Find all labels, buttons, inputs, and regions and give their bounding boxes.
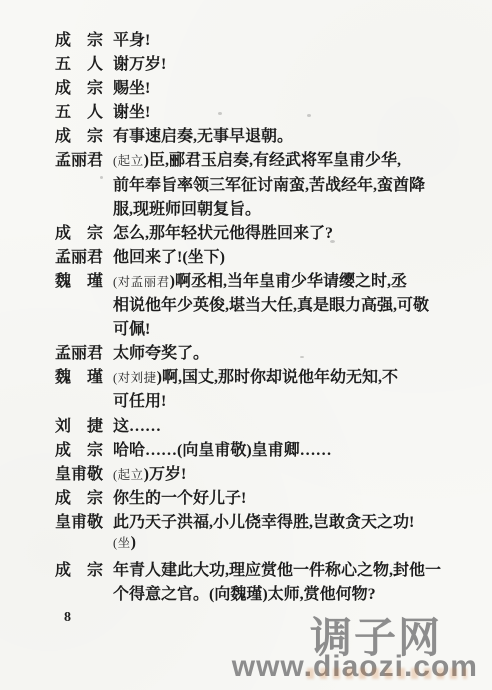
- speaker-name: 成 宗: [55, 485, 105, 508]
- dialogue-text: 年青人建此大功,理应赏他一件称心之物,封他一: [113, 557, 478, 580]
- watermark-color-artifact: [307, 668, 467, 679]
- speaker-name: 成 宗: [55, 437, 105, 460]
- dialogue-text: 你生的一个好儿子!: [113, 485, 478, 508]
- dialogue-text: 个得意之官。(向魏瑾)太师,赏他何物?: [113, 581, 478, 604]
- script-line: 刘 捷 这……: [55, 413, 478, 437]
- script-line: 个得意之官。(向魏瑾)太师,赏他何物?: [55, 581, 478, 605]
- scan-speck: [307, 114, 311, 117]
- script-line: 成 宗 平身!: [55, 27, 478, 51]
- dialogue-text: 相说他年少英俊,堪当大任,真是眼力高强,可敬: [113, 292, 478, 315]
- dialogue-text: 怎么,那年轻状元他得胜回来了?: [113, 220, 478, 243]
- speaker-name: 皇甫敬: [55, 509, 105, 532]
- speaker-name: 成 宗: [55, 220, 105, 243]
- script-line: 可佩!: [55, 316, 478, 340]
- scan-speck: [218, 112, 222, 115]
- speaker-name: 成 宗: [55, 27, 105, 50]
- speaker-name: 成 宗: [55, 75, 105, 98]
- stage-direction: (起立: [113, 468, 144, 482]
- script-line: 相说他年少英俊,堪当大任,真是眼力高强,可敬: [55, 292, 478, 316]
- speaker-name: 五 人: [55, 99, 105, 122]
- dialogue-text: 哈哈……(向皇甫敬)皇甫卿……: [113, 437, 478, 460]
- script-line: 孟丽君 太师夸奖了。: [55, 340, 478, 364]
- speaker-name: 魏 瑾: [55, 364, 105, 387]
- script-line: 成 宗 哈哈……(向皇甫敬)皇甫卿……: [55, 437, 478, 461]
- speaker-name: 成 宗: [55, 557, 105, 580]
- script-line: 皇甫敬 (起立)万岁!: [55, 461, 478, 485]
- dialogue-text: 这……: [113, 413, 478, 436]
- script-line: (坐): [55, 533, 478, 557]
- script-line: 成 宗 赐坐!: [55, 75, 478, 99]
- scan-speck: [300, 356, 304, 358]
- dialogue-text: 有事速启奏,无事早退朝。: [113, 123, 478, 146]
- speaker-name: 孟丽君: [55, 147, 105, 170]
- stage-direction: (对刘捷: [113, 371, 157, 385]
- stage-direction: (坐: [113, 536, 131, 550]
- script-line: 成 宗 你生的一个好儿子!: [55, 485, 478, 509]
- script-line: 孟丽君 他回来了!(坐下): [55, 244, 478, 268]
- script-line: 五 人 谢万岁!: [55, 51, 478, 75]
- speaker-name: 孟丽君: [55, 244, 105, 267]
- script-line: 前年奉旨率领三军征讨南蛮,苦战经年,蛮酋降: [55, 172, 478, 196]
- dialogue-text: (坐): [113, 533, 478, 552]
- dialogue-text: 赐坐!: [113, 75, 478, 98]
- dialogue-text: 服,现班师回朝复旨。: [113, 196, 478, 219]
- script-line: 成 宗 有事速启奏,无事早退朝。: [55, 123, 478, 147]
- dialogue-text: 可任用!: [113, 388, 478, 411]
- script-line: 魏 瑾 (对孟丽君)啊丞相,当年皇甫少华请缨之时,丞: [55, 268, 478, 292]
- speaker-name: 魏 瑾: [55, 268, 105, 291]
- script-line: 服,现班师回朝复旨。: [55, 196, 478, 220]
- dialogue-text: 可佩!: [113, 316, 478, 339]
- dialogue-text: (对刘捷)啊,国丈,那时你却说他年幼无知,不: [113, 364, 478, 387]
- script-body: 成 宗 平身! 五 人 谢万岁! 成 宗 赐坐! 五 人 谢坐! 成 宗 有事速…: [55, 27, 478, 605]
- dialogue-text: 平身!: [113, 27, 478, 50]
- script-line: 成 宗 怎么,那年轻状元他得胜回来了?: [55, 220, 478, 244]
- speaker-name: 刘 捷: [55, 413, 105, 436]
- page-number: 8: [64, 610, 71, 626]
- speaker-name: 成 宗: [55, 123, 105, 146]
- dialogue-text: (起立)万岁!: [113, 461, 478, 484]
- stage-direction: (对孟丽君: [113, 275, 170, 289]
- stage-direction: (起立: [113, 154, 144, 168]
- scanned-script-page: 成 宗 平身! 五 人 谢万岁! 成 宗 赐坐! 五 人 谢坐! 成 宗 有事速…: [0, 0, 492, 690]
- speaker-name: 皇甫敬: [55, 461, 105, 484]
- script-line: 成 宗 年青人建此大功,理应赏他一件称心之物,封他一: [55, 557, 478, 581]
- speaker-name: 五 人: [55, 51, 105, 74]
- scan-speck: [100, 176, 103, 179]
- speaker-name: 孟丽君: [55, 340, 105, 363]
- dialogue-text: 谢坐!: [113, 99, 478, 122]
- script-line: 魏 瑾 (对刘捷)啊,国丈,那时你却说他年幼无知,不: [55, 364, 478, 388]
- script-line: 可任用!: [55, 388, 478, 412]
- dialogue-text: 太师夸奖了。: [113, 340, 478, 363]
- dialogue-text: (对孟丽君)啊丞相,当年皇甫少华请缨之时,丞: [113, 268, 478, 291]
- dialogue-text: 谢万岁!: [113, 51, 478, 74]
- dialogue-text: 他回来了!(坐下): [113, 244, 478, 267]
- dialogue-text: 此乃天子洪福,小儿侥幸得胜,岂敢贪天之功!: [113, 509, 478, 532]
- script-line: 五 人 谢坐!: [55, 99, 478, 123]
- scan-speck: [330, 240, 335, 243]
- dialogue-text: 前年奉旨率领三军征讨南蛮,苦战经年,蛮酋降: [113, 172, 478, 195]
- script-line: 孟丽君 (起立)臣,郦君玉启奏,有经武将军皇甫少华,: [55, 147, 478, 171]
- dialogue-text: (起立)臣,郦君玉启奏,有经武将军皇甫少华,: [113, 147, 478, 170]
- script-line: 皇甫敬 此乃天子洪福,小儿侥幸得胜,岂敢贪天之功!: [55, 509, 478, 533]
